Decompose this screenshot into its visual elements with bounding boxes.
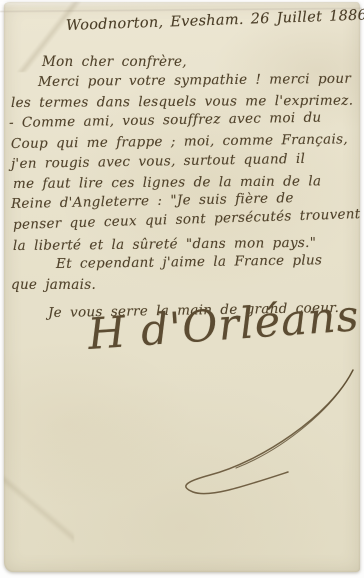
- letter-body-line: que jamais.: [11, 277, 96, 293]
- letter-dateline: Woodnorton, Evesham. 26 Juillet 1886.: [66, 7, 364, 34]
- signature-flourish-stroke: [186, 370, 353, 494]
- letter-body-line: Merci pour votre sympathie ! merci pour: [38, 71, 351, 90]
- letter-body-line: j'en rougis avec vous, surtout quand il: [11, 151, 305, 172]
- letter-body-line: Coup qui me frappe ; moi, comme Français…: [11, 131, 348, 152]
- signature: H d'Orléans: [86, 291, 361, 360]
- letter-body-line: me faut lire ces lignes de la main de la: [13, 173, 322, 192]
- signature-flourish-stroke-heavy: [236, 370, 353, 468]
- scanned-letter-page: Woodnorton, Evesham. 26 Juillet 1886. Mo…: [0, 0, 364, 578]
- letter-body-line: - Comme ami, vous souffrez avec moi du: [9, 110, 322, 131]
- letter-paper: Woodnorton, Evesham. 26 Juillet 1886. Mo…: [4, 2, 360, 572]
- letter-body-line: la liberté et la sûreté "dans mon pays.": [13, 235, 316, 254]
- letter-body-line: les termes dans lesquels vous me l'expri…: [11, 93, 353, 111]
- paper-crease-bottomleft: [4, 464, 74, 554]
- letter-salutation: Mon cher confrère,: [42, 54, 187, 70]
- letter-body-line: Et cependant j'aime la France plus: [56, 252, 322, 272]
